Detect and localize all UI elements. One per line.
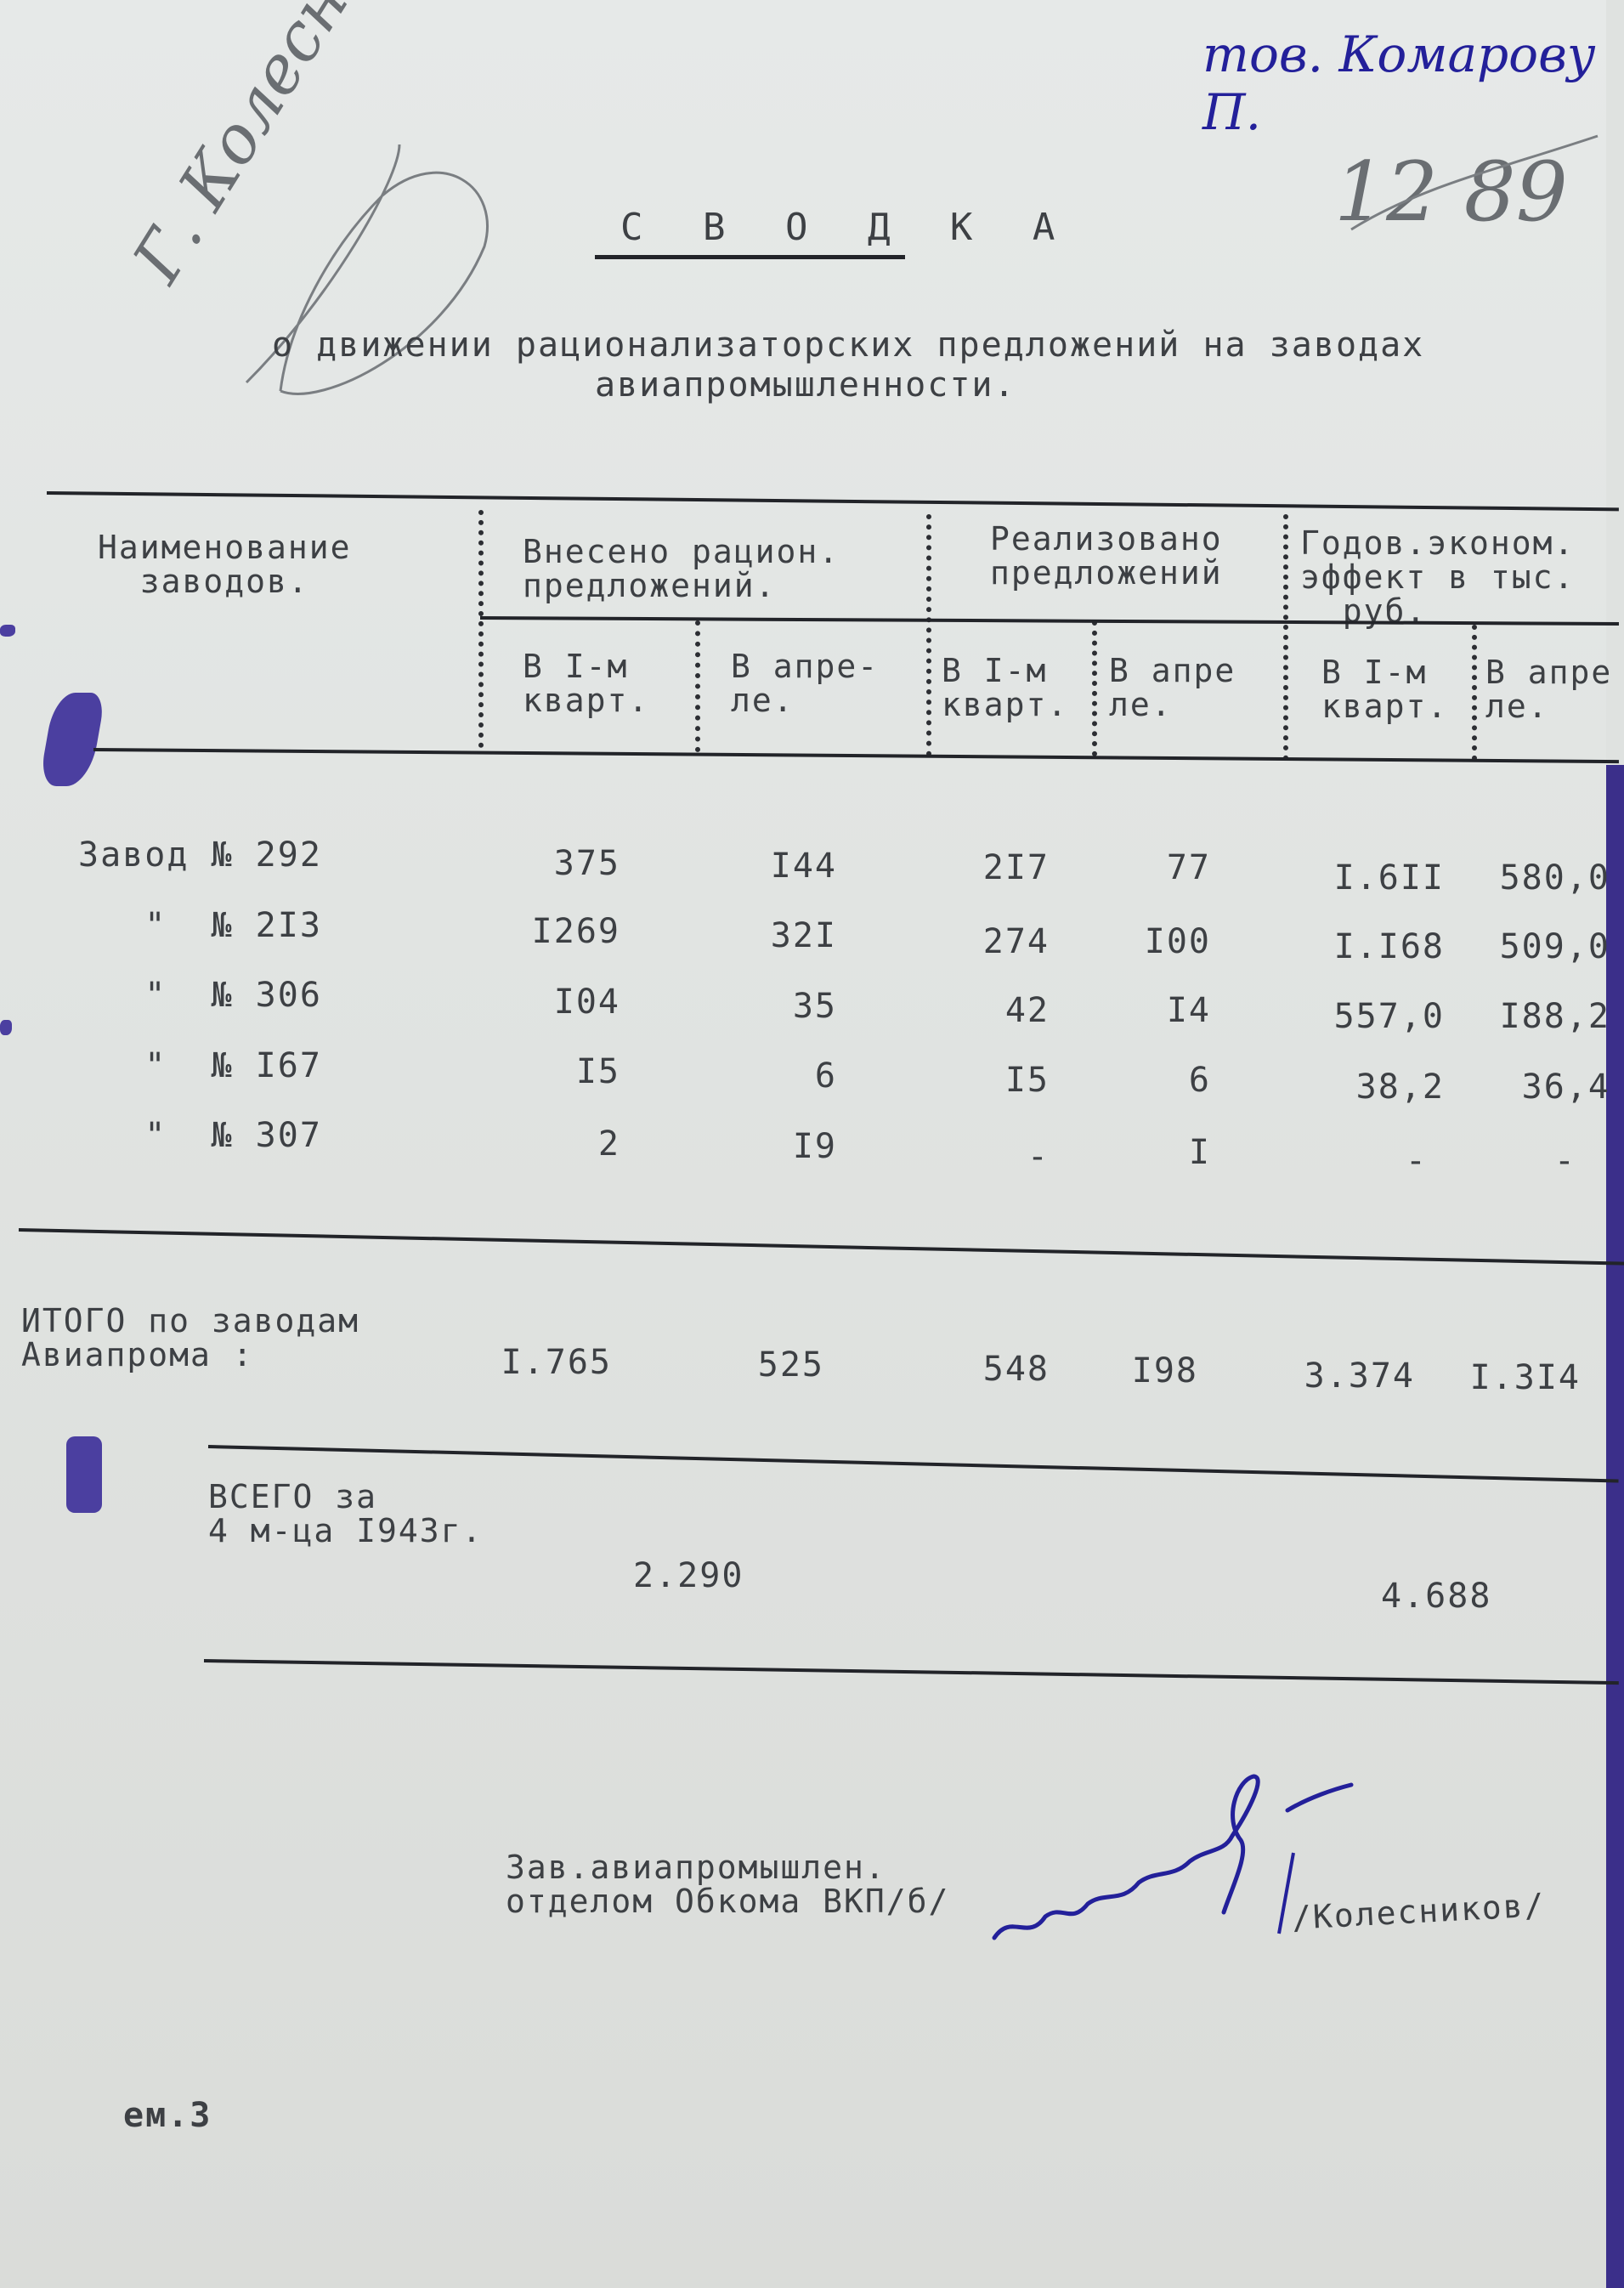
effect-q1: - xyxy=(1275,1143,1428,1179)
column-separator xyxy=(926,514,931,756)
document-subtitle-line2: авиапромышленности. xyxy=(595,367,1016,403)
effect-april: 580,0 xyxy=(1445,860,1610,896)
effect-q1: 557,0 xyxy=(1275,999,1445,1034)
header-plant-name: Наименование заводов. xyxy=(98,531,352,599)
submitted-april: 35 xyxy=(663,988,837,1024)
total-effect-april: I.3I4 xyxy=(1428,1360,1581,1396)
plant-name: " № 307 xyxy=(78,1118,322,1153)
subheader-q1-effect: В I-м кварт. xyxy=(1321,656,1448,724)
column-separator xyxy=(478,510,484,748)
pencil-loop xyxy=(229,127,527,408)
submitted-april: I9 xyxy=(663,1129,837,1164)
header-annual-effect: Годов.эконом. эффект в тыс. руб. xyxy=(1300,527,1575,629)
purple-binding-edge xyxy=(1606,765,1624,2288)
implemented-april: 6 xyxy=(1062,1062,1211,1098)
pencil-stroke xyxy=(1343,136,1598,246)
ink-spot xyxy=(66,1436,102,1513)
submitted-q1: I269 xyxy=(476,914,620,949)
implemented-q1: 42 xyxy=(892,993,1050,1028)
total-submitted-april: 525 xyxy=(663,1347,824,1383)
title-underline xyxy=(595,255,905,259)
column-separator xyxy=(1092,620,1097,756)
document-subtitle-line1: о движении рационализаторских предложени… xyxy=(272,327,1424,363)
implemented-q1: 274 xyxy=(892,924,1050,960)
column-separator xyxy=(695,620,700,752)
plant-name: " № I67 xyxy=(78,1048,322,1084)
subheader-april-implemented: В апре ле. xyxy=(1109,654,1236,722)
grand-total-label: ВСЕГО за 4 м-ца I943г. xyxy=(208,1481,483,1549)
implemented-april: 77 xyxy=(1062,850,1211,886)
effect-april: I88,2 xyxy=(1445,999,1610,1034)
submitted-q1: I04 xyxy=(476,984,620,1020)
subheader-q1-submitted: В I-м кварт. xyxy=(523,650,649,718)
grand-total-submitted: 2.290 xyxy=(633,1558,744,1594)
effect-q1: I.I68 xyxy=(1275,929,1445,965)
submitted-april: 6 xyxy=(663,1058,837,1094)
submitted-april: 32I xyxy=(663,918,837,954)
submitted-q1: 2 xyxy=(476,1126,620,1162)
total-effect-q1: 3.374 xyxy=(1258,1358,1415,1394)
total-implemented-april: I98 xyxy=(1062,1353,1198,1389)
subheader-april-effect: В апре ле. xyxy=(1485,656,1612,724)
implemented-q1: 2I7 xyxy=(892,850,1050,886)
plant-name: Завод № 292 xyxy=(78,837,322,873)
handwritten-addressee: тов. Комарову П. xyxy=(1202,25,1624,141)
plant-name: " № 2I3 xyxy=(78,908,322,943)
ink-spot xyxy=(0,625,15,637)
subheader-april-submitted: В апре- ле. xyxy=(731,650,879,718)
plant-name: " № 306 xyxy=(78,977,322,1013)
total-submitted-q1: I.765 xyxy=(459,1345,612,1380)
grand-total-effect: 4.688 xyxy=(1381,1578,1491,1614)
effect-april: 509,0 xyxy=(1445,929,1610,965)
implemented-april: I4 xyxy=(1062,993,1211,1028)
header-submitted: Внесено рацион. предложений. xyxy=(523,535,840,603)
effect-q1: 38,2 xyxy=(1275,1069,1445,1105)
submitted-q1: I5 xyxy=(476,1054,620,1090)
implemented-april: I00 xyxy=(1062,924,1211,960)
effect-april: - xyxy=(1445,1143,1576,1179)
document-title: С В О Д К А xyxy=(620,208,1073,247)
column-separator xyxy=(1472,625,1477,761)
implemented-april: I xyxy=(1062,1135,1211,1170)
ink-spot xyxy=(0,1020,12,1035)
total-label: ИТОГО по заводам Авиапрома : xyxy=(21,1305,359,1373)
implemented-q1: - xyxy=(892,1139,1050,1175)
submitted-april: I44 xyxy=(663,848,837,884)
effect-april: 36,4 xyxy=(1445,1069,1610,1105)
column-separator xyxy=(1283,514,1288,761)
header-implemented: Реализовано предложений xyxy=(990,523,1223,591)
subheader-q1-implemented: В I-м кварт. xyxy=(942,654,1068,722)
submitted-q1: 375 xyxy=(476,846,620,881)
footer-code: ем.3 xyxy=(123,2098,212,2133)
implemented-q1: I5 xyxy=(892,1062,1050,1098)
signatory-position: Зав.авиапромышлен. отделом Обкома ВКП/б/ xyxy=(506,1851,949,1919)
total-implemented-q1: 548 xyxy=(892,1351,1050,1387)
effect-q1: I.6II xyxy=(1275,860,1445,896)
